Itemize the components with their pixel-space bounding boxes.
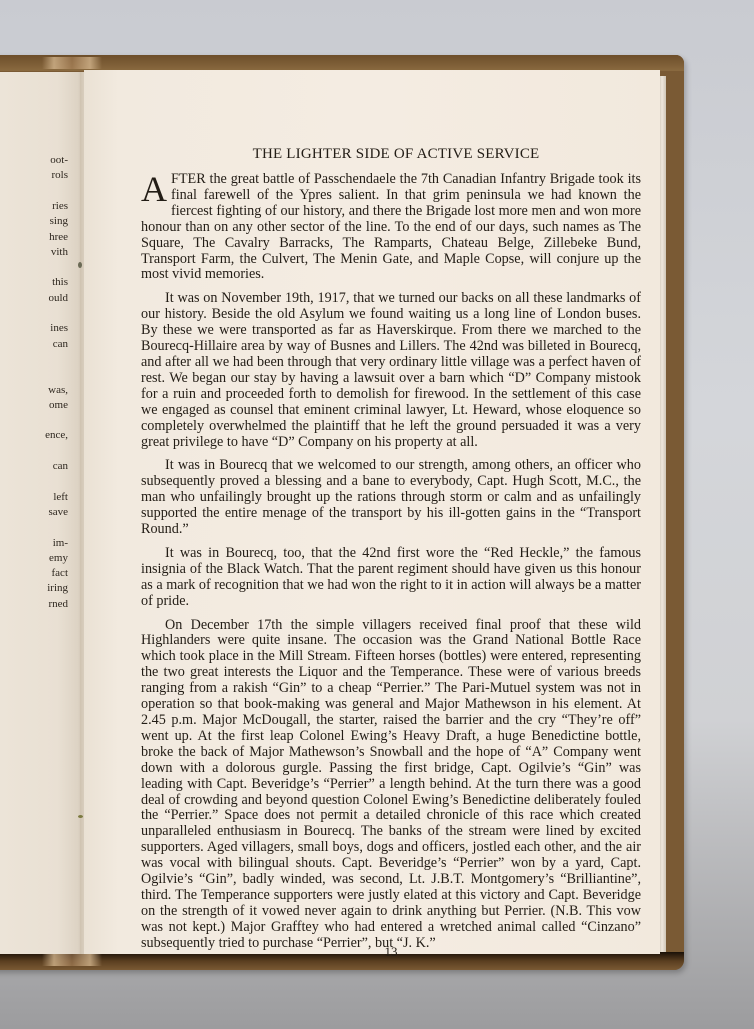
left-page-fragment: im- (53, 537, 68, 550)
paragraph-2: It was on November 19th, 1917, that we t… (141, 291, 641, 450)
left-page-fragment: rols (52, 169, 69, 182)
left-page-fragment: ines (50, 322, 68, 335)
left-page-fragment: save (48, 506, 68, 519)
left-page-fragment: can (53, 338, 68, 351)
paragraph-4: It was in Bourecq, too, that the 42nd fi… (141, 546, 641, 610)
page-content: THE LIGHTER SIDE OF ACTIVE SERVICE AFTER… (141, 146, 641, 960)
left-page: oot-rolsriessinghreeviththisouldinescanw… (0, 72, 82, 954)
left-page-fragment: this (52, 276, 68, 289)
left-page-fragment: fact (52, 567, 68, 580)
drop-cap: A (141, 174, 167, 204)
spine-wear-bottom (42, 954, 102, 966)
page-blemish (78, 815, 83, 818)
page-number: 13 (141, 944, 641, 960)
left-page-fragment: sing (50, 215, 68, 228)
paragraph-3: It was in Bourecq that we welcomed to ou… (141, 458, 641, 538)
right-page: THE LIGHTER SIDE OF ACTIVE SERVICE AFTER… (84, 70, 660, 954)
paragraph-5: On December 17th the simple villagers re… (141, 618, 641, 952)
left-page-fragment: ould (48, 292, 68, 305)
left-page-fragment: can (53, 460, 68, 473)
left-page-fragment: was, (48, 384, 68, 397)
paragraph-text: FTER the great battle of Passchendaele t… (141, 171, 641, 282)
left-page-fragment: ence, (45, 429, 68, 442)
left-page-fragment: ome (49, 399, 68, 412)
page-title: THE LIGHTER SIDE OF ACTIVE SERVICE (151, 146, 641, 163)
left-page-fragment: left (53, 491, 68, 504)
paragraph-1: AFTER the great battle of Passchendaele … (141, 172, 641, 283)
left-page-fragment: rned (48, 598, 68, 611)
left-page-fragment: oot- (50, 154, 68, 167)
page-blemish (78, 262, 82, 268)
left-page-fragment: iring (47, 582, 68, 595)
left-page-fragment: ries (52, 200, 68, 213)
left-page-fragment: hree (49, 231, 68, 244)
cover-top-edge (0, 55, 684, 71)
left-page-fragment: emy (49, 552, 68, 565)
left-page-fragment: vith (51, 246, 68, 259)
spine-wear-top (42, 57, 102, 69)
